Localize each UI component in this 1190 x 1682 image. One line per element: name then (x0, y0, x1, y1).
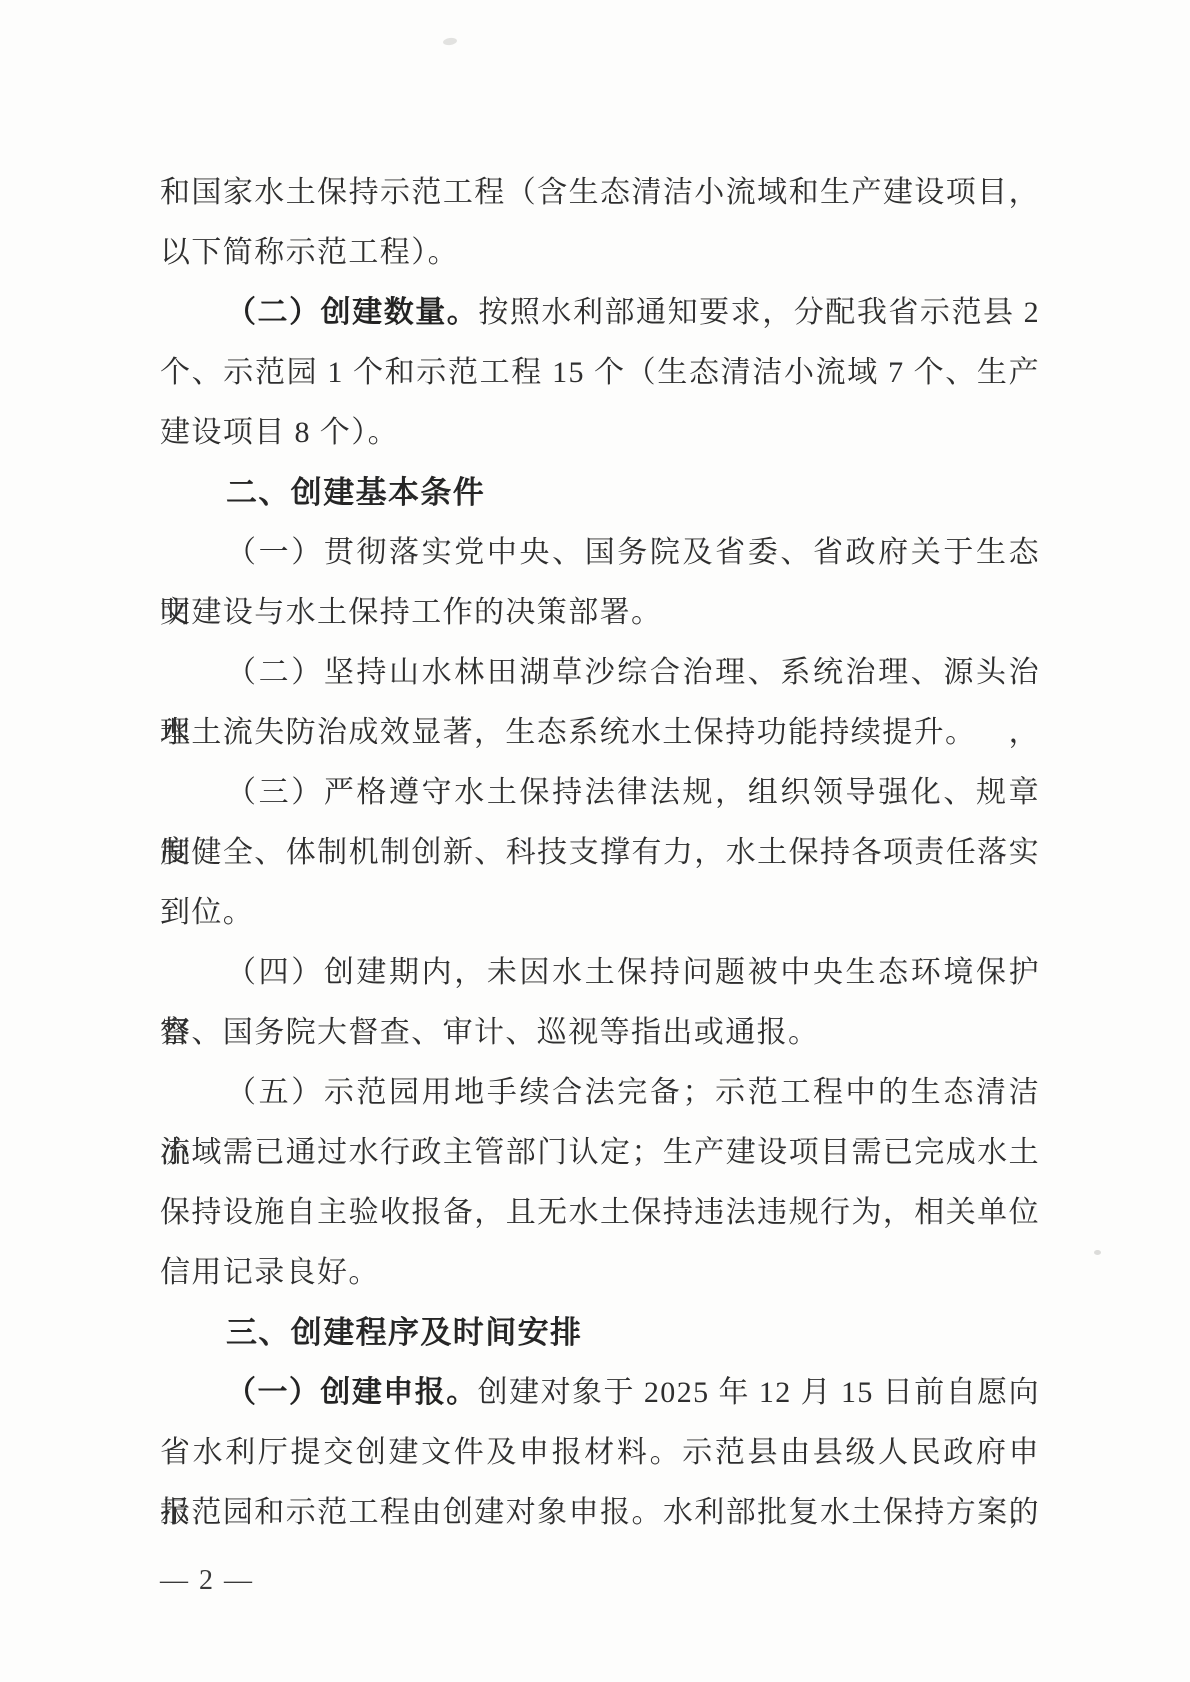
section-heading-3: 三、创建程序及时间安排 (160, 1303, 1040, 1363)
line-text: 度健全、体制机制创新、科技支撑有力，水土保持各项责任落实 (160, 836, 1040, 869)
body-line: 保持设施自主验收报备，且无水土保持违法违规行为，相关单位 (160, 1183, 1040, 1243)
body-line: 示范园和示范工程由创建对象申报。水利部批复水土保持方案的 (160, 1483, 1040, 1543)
body-line: （一）贯彻落实党中央、国务院及省委、省政府关于生态文 (160, 523, 1040, 583)
page-number: — 2 — (160, 1563, 254, 1599)
document-body: 和国家水土保持示范工程（含生态清洁小流域和生产建设项目， 以下简称示范工程）。 … (160, 163, 1040, 1543)
lead-bold-text: （一）创建申报。 (226, 1376, 478, 1409)
body-line: （五）示范园用地手续合法完备；示范工程中的生态清洁小 (160, 1063, 1040, 1123)
line-text: 保持设施自主验收报备，且无水土保持违法违规行为，相关单位 (160, 1196, 1040, 1229)
line-text: 信用记录良好。 (160, 1256, 380, 1289)
body-line: 建设项目 8 个）。 (160, 403, 1040, 463)
section-heading-2: 二、创建基本条件 (160, 463, 1040, 523)
body-line: 到位。 (160, 883, 1040, 943)
line-text: 示范园和示范工程由创建对象申报。水利部批复水土保持方案的 (160, 1496, 1040, 1529)
line-text: 水土流失防治成效显著，生态系统水土保持功能持续提升。 (160, 716, 976, 749)
body-line: 信用记录良好。 (160, 1243, 1040, 1303)
body-line: 明建设与水土保持工作的决策部署。 (160, 583, 1040, 643)
document-page: 和国家水土保持示范工程（含生态清洁小流域和生产建设项目， 以下简称示范工程）。 … (0, 0, 1190, 1682)
body-line: （二）坚持山水林田湖草沙综合治理、系统治理、源头治理， (160, 643, 1040, 703)
body-line: （四）创建期内，未因水土保持问题被中央生态环境保护督 (160, 943, 1040, 1003)
body-line: 流域需已通过水行政主管部门认定；生产建设项目需已完成水土 (160, 1123, 1040, 1183)
body-line: 和国家水土保持示范工程（含生态清洁小流域和生产建设项目， (160, 163, 1040, 223)
body-line: 个、示范园 1 个和示范工程 15 个（生态清洁小流域 7 个、生产 (160, 343, 1040, 403)
line-text: 建设项目 8 个）。 (160, 416, 399, 449)
heading-text: 三、创建程序及时间安排 (226, 1315, 582, 1350)
line-text: 到位。 (160, 896, 254, 929)
body-line: 水土流失防治成效显著，生态系统水土保持功能持续提升。 (160, 703, 1040, 763)
line-text: 创建对象于 2025 年 12 月 15 日前自愿向 (478, 1376, 1040, 1409)
line-text: 个、示范园 1 个和示范工程 15 个（生态清洁小流域 7 个、生产 (160, 356, 1040, 389)
lead-bold-text: （二）创建数量。 (226, 296, 478, 329)
body-line: 度健全、体制机制创新、科技支撑有力，水土保持各项责任落实 (160, 823, 1040, 883)
body-line: 察、国务院大督查、审计、巡视等指出或通报。 (160, 1003, 1040, 1063)
heading-text: 二、创建基本条件 (226, 475, 485, 510)
body-line: （三）严格遵守水土保持法律法规，组织领导强化、规章制 (160, 763, 1040, 823)
line-text: 流域需已通过水行政主管部门认定；生产建设项目需已完成水土 (160, 1136, 1040, 1169)
line-text: 按照水利部通知要求，分配我省示范县 2 (478, 296, 1040, 329)
body-line: （二）创建数量。按照水利部通知要求，分配我省示范县 2 (160, 283, 1040, 343)
line-text: 以下简称示范工程）。 (160, 236, 459, 269)
scan-speck (443, 37, 458, 46)
body-line: （一）创建申报。创建对象于 2025 年 12 月 15 日前自愿向 (160, 1363, 1040, 1423)
scan-speck (1094, 1250, 1101, 1255)
line-text: 和国家水土保持示范工程（含生态清洁小流域和生产建设项目， (160, 176, 1040, 209)
body-line: 以下简称示范工程）。 (160, 223, 1040, 283)
line-text: 察、国务院大督查、审计、巡视等指出或通报。 (160, 1016, 819, 1049)
line-text: 明建设与水土保持工作的决策部署。 (160, 596, 662, 629)
body-line: 省水利厅提交创建文件及申报材料。示范县由县级人民政府申报， (160, 1423, 1040, 1483)
